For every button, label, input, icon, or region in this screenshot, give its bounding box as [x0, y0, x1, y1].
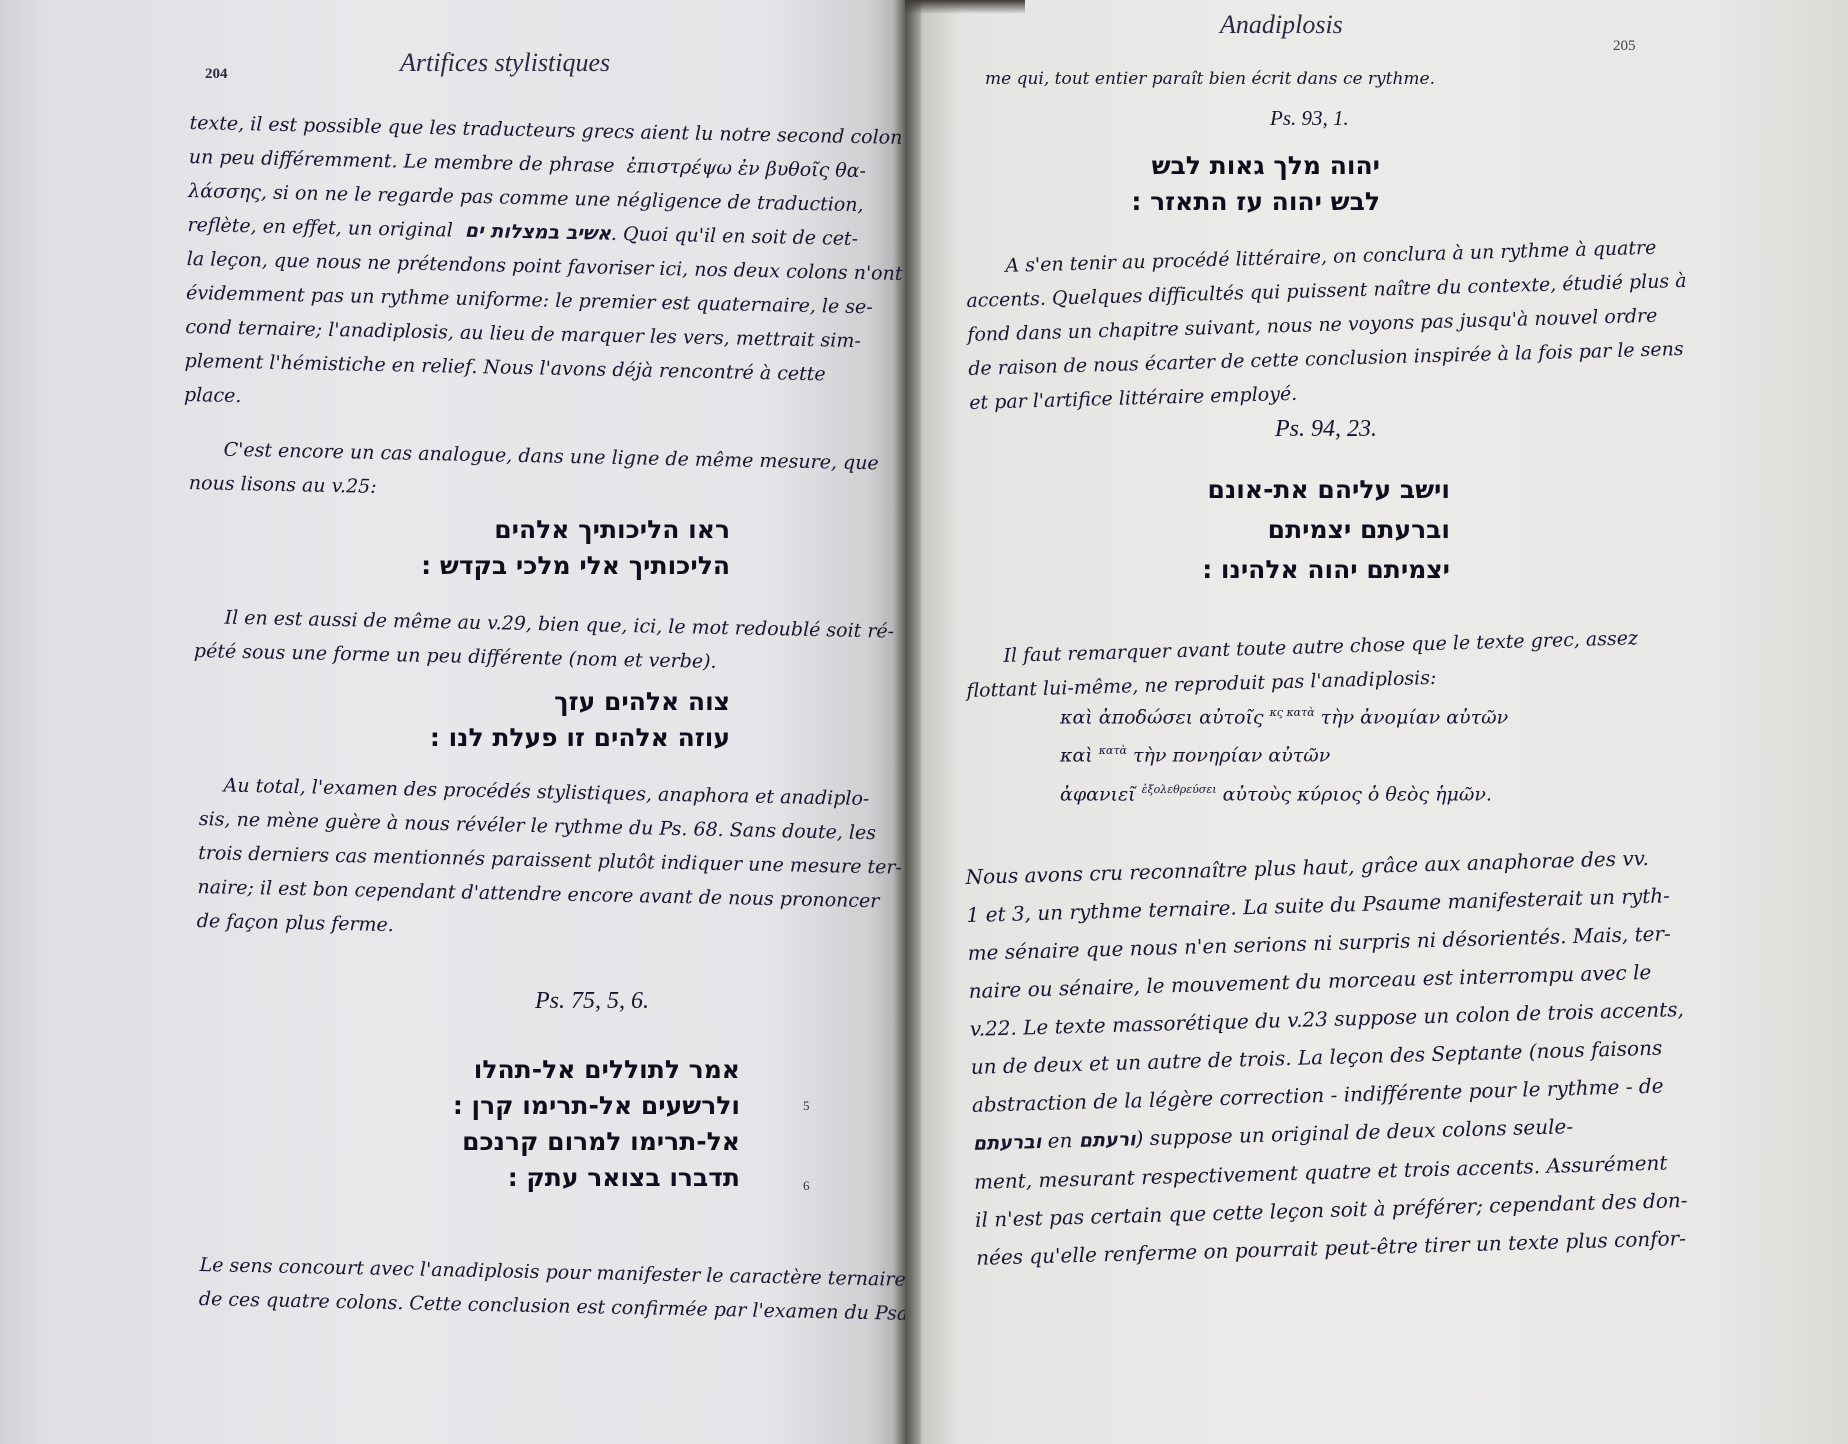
verse-number-5: 5: [803, 1098, 810, 1114]
hebrew-block-1: ראו הליכותיך אלהים הליכותיך אלי מלכי בקד…: [400, 512, 730, 584]
verse-number-6: 6: [803, 1178, 810, 1194]
paragraph-2: Il faut remarquer avant toute autre chos…: [965, 617, 1787, 708]
running-title: Artifices stylistiques: [400, 48, 610, 78]
paragraph-4: Au total, l'examen des procédés stylisti…: [196, 768, 889, 952]
reference-ps-94: Ps. 94, 23.: [1275, 416, 1377, 443]
right-page: Anadiplosis 205 me qui, tout entier para…: [905, 0, 1848, 1444]
page-number: 205: [1613, 38, 1636, 55]
reference-ps-93: Ps. 93, 1.: [1270, 106, 1349, 131]
hebrew-block-3: אמר לתוללים אל-תהלו ולרשעים אל-תרימו קרן…: [400, 1052, 740, 1196]
paragraph-1: A s'en tenir au procédé littéraire, on c…: [965, 228, 1769, 420]
greek-phrase: ἐπιστρέψω ἐν βυθοῖς θα-: [626, 155, 866, 182]
reference-ps-75: Ps. 75, 5, 6.: [535, 988, 649, 1015]
opening-line: me qui, tout entier paraît bien écrit da…: [985, 62, 1745, 96]
page-number: 204: [205, 66, 228, 83]
hebrew-inline-from: וברעתם: [973, 1131, 1042, 1155]
greek-line: ἀφανιεῖ ἐξολεθρεύσει αὐτοὺς κύριος ὁ θεὸ…: [1060, 773, 1720, 811]
paragraph-3: Il en est aussi de même au v.29, bien qu…: [194, 600, 885, 682]
running-title: Anadiplosis: [1220, 10, 1343, 40]
open-book: 204 Artifices stylistiques texte, il est…: [0, 0, 1848, 1444]
left-page: 204 Artifices stylistiques texte, il est…: [0, 0, 905, 1444]
paragraph-1: texte, il est possible que les traducteu…: [184, 106, 880, 426]
greek-line: καὶ κατὰ τὴν πονηρίαν αὐτῶν: [1060, 734, 1720, 772]
book-gutter: [893, 0, 921, 1444]
paragraph-2: C'est encore un cas analogue, dans une l…: [189, 432, 880, 514]
paragraph-5: Le sens concourt avec l'anadiplosis pour…: [199, 1248, 900, 1331]
paragraph-3: Nous avons cru reconnaître plus haut, gr…: [965, 833, 1848, 1276]
hebrew-block-1: יהוה מלך גאות לבש לבש יהוה עז התאזר :: [1105, 148, 1380, 220]
greek-line: καὶ ἀποδώσει αὐτοῖς κς κατὰ τὴν ἀνομίαν …: [1060, 696, 1720, 734]
hebrew-inline: אשיב במצלות ים: [465, 220, 611, 245]
hebrew-block-2: וישב עליהם את-אונם וברעתם יצמיתם יצמיתם …: [1145, 470, 1450, 590]
greek-block: καὶ ἀποδώσει αὐτοῖς κς κατὰ τὴν ἀνομίαν …: [1060, 696, 1720, 811]
hebrew-block-2: צוה אלהים עזך עוזה אלהים זו פעלת לנו :: [400, 684, 730, 756]
gutter-top-shadow: [905, 0, 1025, 14]
hebrew-inline-to: ורעתם: [1078, 1128, 1135, 1152]
